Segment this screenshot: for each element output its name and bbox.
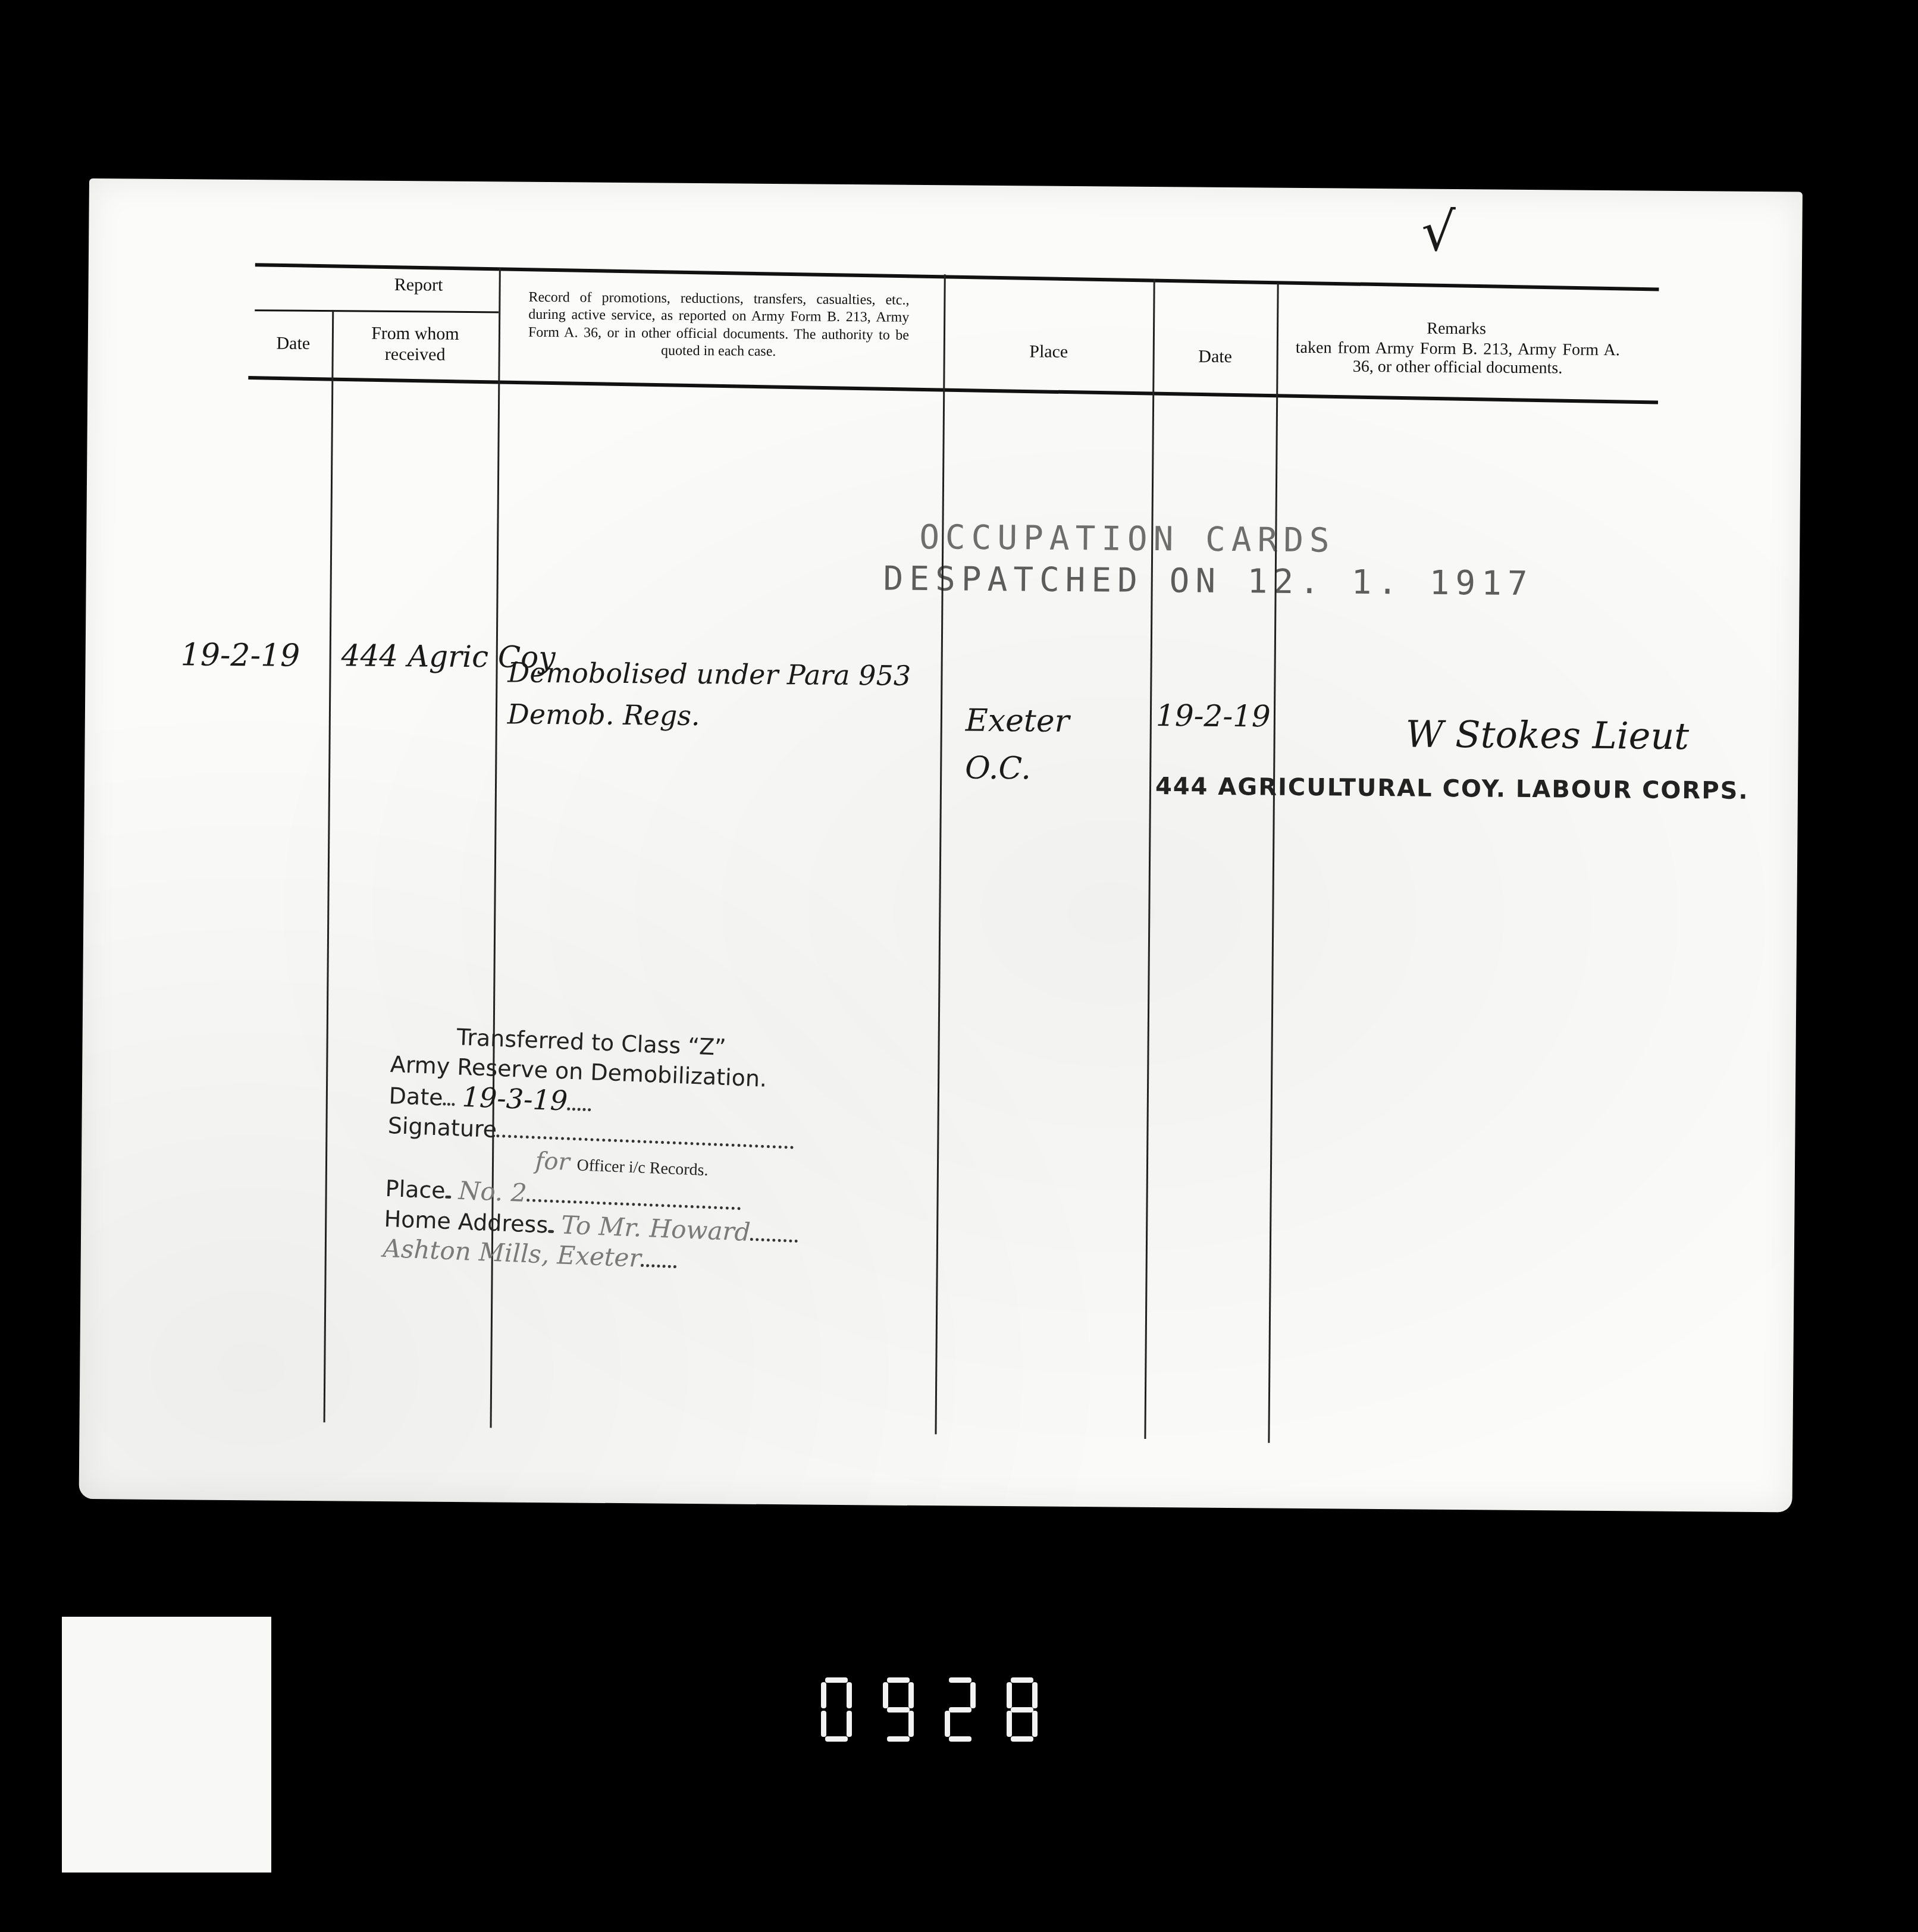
entry-place: Exeter O.C.: [965, 697, 1144, 793]
report-subheader-rule: [255, 309, 499, 313]
header-remarks-title: Remarks: [1290, 319, 1623, 340]
frame-counter-value: 0928: [821, 1749, 822, 1749]
column-divider: [935, 274, 945, 1434]
entry-date: 19-2-19: [1156, 698, 1271, 734]
demob-place-value: No. 2: [458, 1176, 528, 1207]
demob-signature-label: Signature: [387, 1112, 497, 1143]
demob-date-label: Date: [388, 1083, 443, 1111]
header-remarks-body: taken from Army Form B. 213, Army Form A…: [1295, 339, 1619, 378]
header-from-whom-received: From whom received: [344, 323, 487, 365]
column-divider: [1268, 283, 1278, 1443]
frame-digit: [945, 1677, 976, 1742]
header-report-date: Date: [258, 333, 329, 354]
demob-address-label: Home Address: [384, 1206, 549, 1238]
demob-officer-label: Officer i/c Records.: [576, 1156, 709, 1180]
frame-digit: [821, 1677, 852, 1742]
occupation-cards-stamp-line1: OCCUPATION CARDS: [919, 518, 1336, 560]
blank-calibration-slip: [62, 1617, 271, 1873]
frame-counter-display: [821, 1677, 1038, 1742]
labour-corps-unit-stamp: 444 AGRICULTURAL COY. LABOUR CORPS.: [1155, 773, 1749, 805]
column-divider: [324, 310, 334, 1422]
frame-digit: [1007, 1677, 1038, 1742]
header-date: Date: [1159, 346, 1272, 368]
demob-officer-prefix: for: [535, 1147, 571, 1176]
column-divider: [1144, 279, 1155, 1439]
header-report: Report: [344, 274, 493, 296]
header-bottom-rule: [248, 376, 1658, 404]
margin-check-mark: √: [1421, 201, 1456, 264]
header-record-of-promotions: Record of promotions, reductions, transf…: [528, 289, 910, 362]
entry-record: Demobolised under Para 953 Demob. Regs.: [507, 652, 936, 739]
frame-digit: [883, 1677, 914, 1742]
header-place: Place: [951, 341, 1147, 363]
entry-report-date: 19-2-19: [180, 637, 300, 674]
entry-remarks-signature: W Stokes Lieut: [1405, 712, 1689, 758]
occupation-cards-stamp-line2: DESPATCHED ON 12. 1. 1917: [883, 560, 1534, 604]
army-form-record-sheet: Report Date From whom received Record of…: [79, 178, 1803, 1513]
demobilization-stamp: Transferred to Class “Z” Army Reserve on…: [383, 1020, 927, 1285]
demob-place-label: Place: [385, 1175, 446, 1204]
demob-date-value: 19-3-19: [462, 1081, 568, 1117]
